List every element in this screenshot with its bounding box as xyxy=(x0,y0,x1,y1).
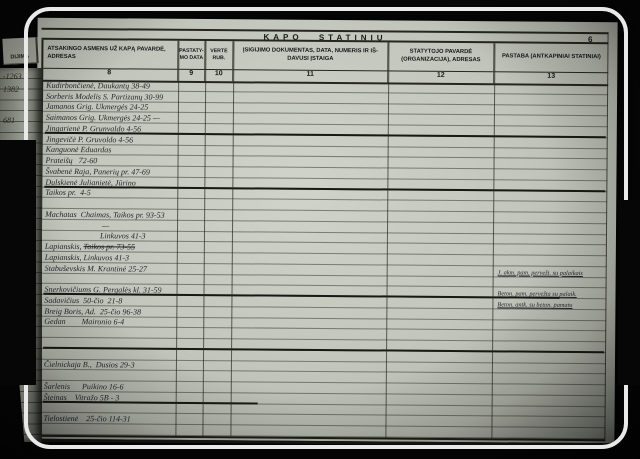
frame-shadow-left xyxy=(0,140,36,385)
margin-number: -1263 xyxy=(3,72,22,81)
margin-number: 1382 xyxy=(3,85,19,94)
photo-background: KAPO STATINIŲ 6 ATSAKINGO ASMENS UŽ KAPĄ… xyxy=(0,0,640,459)
margin-number: 681 xyxy=(3,116,15,125)
frame-shadow-right xyxy=(618,200,640,385)
photo-frame xyxy=(24,7,628,449)
